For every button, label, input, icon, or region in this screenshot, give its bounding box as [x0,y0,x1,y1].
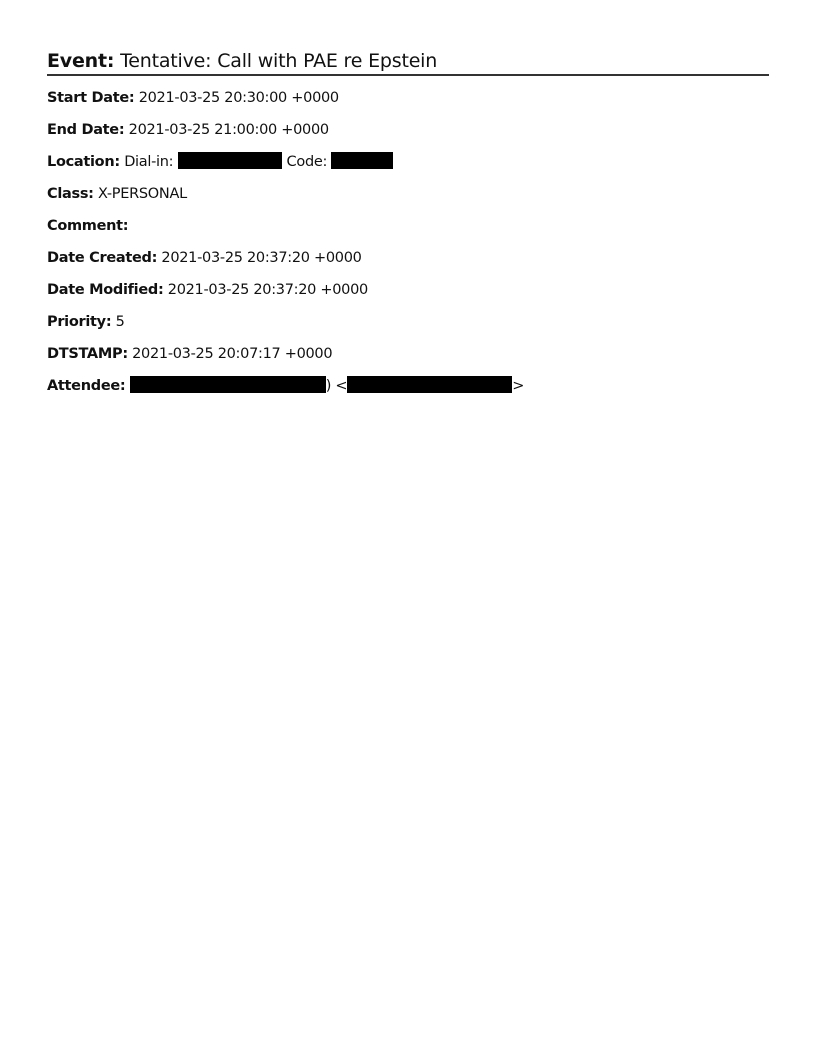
end-date-label: End Date: [47,122,124,138]
start-date-row: Start Date: 2021-03-25 20:30:00 +0000 [47,88,769,108]
attendee-row: Attendee: ) <> [47,376,769,396]
dtstamp-value: 2021-03-25 20:07:17 +0000 [132,346,332,362]
date-modified-row: Date Modified: 2021-03-25 20:37:20 +0000 [47,280,769,300]
event-label: Event: [47,50,114,72]
location-code-label: Code: [287,154,328,170]
event-title-text: Tentative: Call with PAE re Epstein [120,50,437,72]
dtstamp-row: DTSTAMP: 2021-03-25 20:07:17 +0000 [47,344,769,364]
class-label: Class: [47,186,94,202]
redacted-attendee-name [130,376,326,393]
location-row: Location: Dial-in: Code: [47,152,769,172]
class-value: X-PERSONAL [98,186,187,202]
comment-label: Comment: [47,218,128,234]
redacted-attendee-email [347,376,512,393]
event-document: Event: Tentative: Call with PAE re Epste… [47,48,769,396]
end-date-row: End Date: 2021-03-25 21:00:00 +0000 [47,120,769,140]
attendee-label: Attendee: [47,378,125,394]
start-date-label: Start Date: [47,90,134,106]
class-row: Class: X-PERSONAL [47,184,769,204]
priority-row: Priority: 5 [47,312,769,332]
priority-value: 5 [116,314,125,330]
date-created-value: 2021-03-25 20:37:20 +0000 [161,250,361,266]
start-date-value: 2021-03-25 20:30:00 +0000 [139,90,339,106]
location-prefix: Dial-in: [124,154,173,170]
redacted-code [331,152,393,169]
attendee-angle-close: > [512,378,524,394]
comment-row: Comment: [47,216,769,236]
location-label: Location: [47,154,120,170]
date-modified-label: Date Modified: [47,282,163,298]
date-created-row: Date Created: 2021-03-25 20:37:20 +0000 [47,248,769,268]
end-date-value: 2021-03-25 21:00:00 +0000 [129,122,329,138]
priority-label: Priority: [47,314,111,330]
dtstamp-label: DTSTAMP: [47,346,128,362]
date-created-label: Date Created: [47,250,157,266]
event-title: Event: Tentative: Call with PAE re Epste… [47,48,769,76]
attendee-angle-open: < [335,378,347,394]
attendee-paren-close: ) [326,378,331,394]
date-modified-value: 2021-03-25 20:37:20 +0000 [168,282,368,298]
redacted-dial-in [178,152,282,169]
